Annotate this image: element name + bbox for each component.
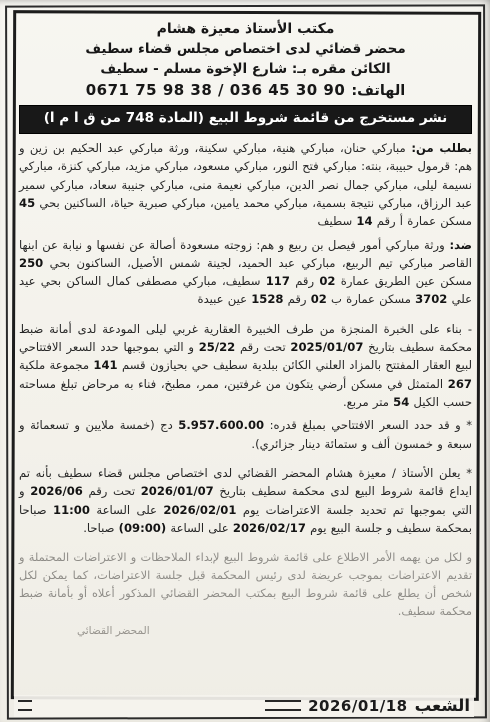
notice-header: مكتب الأستاذ معيزة هشام محضر قضائي لدى ا… [19, 17, 472, 99]
phone-label: الهاتف: [351, 83, 405, 99]
notice-paragraph: * يعلن الأستاذ / معيزة هشام المحضر القضا… [19, 464, 472, 537]
notice-paragraph: ضد: ورثة مباركي أمور فيصل بن ربيع و هم: … [19, 236, 472, 309]
office-address: الكائن مقره بـ: شارع الإخوة مسلم - سطيف [19, 61, 472, 77]
phone-numbers: 0671 75 98 38 / 036 45 30 90 [86, 81, 346, 99]
office-name: مكتب الأستاذ معيزة هشام [19, 17, 472, 37]
notice-content: مكتب الأستاذ معيزة هشام محضر قضائي لدى ا… [19, 17, 472, 692]
newspaper-name: الشعب [415, 696, 470, 715]
notice-body: بطلب من: مباركي حنان، مباركي هنية، مبارك… [19, 139, 472, 620]
notice-paragraph: * و قد حدد السعر الافتتاحي بمبلغ قدره: 5… [19, 416, 472, 453]
notice-paragraph: و لكل من يهمه الأمر الاطلاع على قائمة شر… [19, 548, 472, 620]
scanned-legal-notice: مكتب الأستاذ معيزة هشام محضر قضائي لدى ا… [0, 0, 490, 722]
notice-title-bar: نشر مستخرج من قائمة شروط البيع (المادة 7… [19, 105, 472, 134]
newspaper-footer: الشعب 2026/01/18 [14, 695, 474, 717]
bailiff-role: محضر قضائي لدى اختصاص مجلس قضاء سطيف [19, 41, 472, 57]
footer-rule-line [265, 700, 301, 711]
bailiff-signature: المحضر القضائي [19, 625, 472, 637]
notice-paragraph: - بناء على الخبرة المنجزة من طرف الخبيرة… [19, 320, 472, 412]
publication-date: 2026/01/18 [308, 697, 407, 715]
notice-paragraph: بطلب من: مباركي حنان، مباركي هنية، مبارك… [19, 139, 472, 231]
footer-rule-line-end [18, 700, 32, 711]
phone-line: الهاتف: 0671 75 98 38 / 036 45 30 90 [19, 81, 472, 99]
